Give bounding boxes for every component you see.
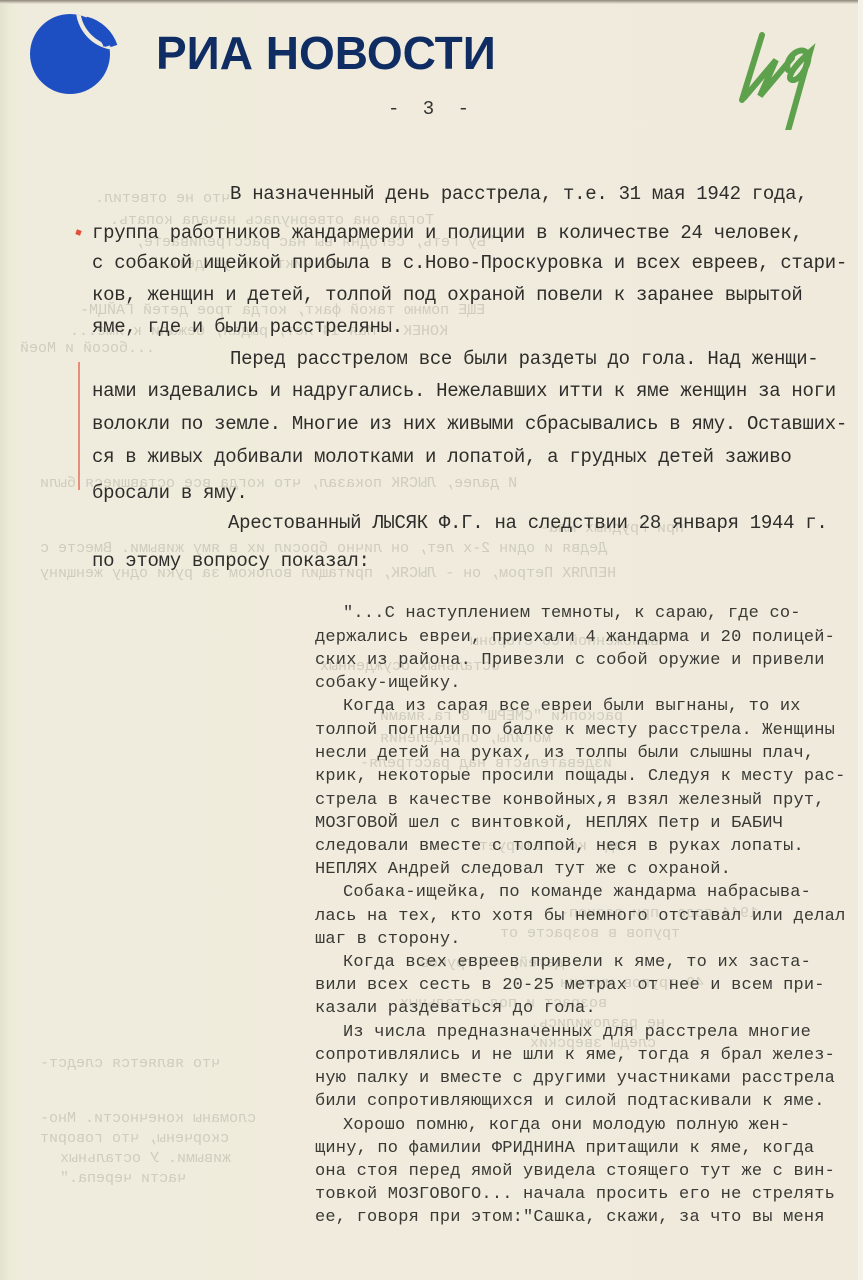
text-line: с собакой ищейкой прибыла в с.Ново-Проск… — [92, 252, 847, 274]
text-line: группа работников жандармерии и полиции … — [92, 222, 803, 244]
text-line: В назначенный день расстрела, т.е. 31 ма… — [230, 183, 807, 205]
quote-line: казали раздеваться до гола. — [315, 999, 596, 1018]
quote-line: Хорошо помню, когда они молодую полную ж… — [343, 1116, 790, 1135]
logo-wordmark: РИА НОВОСТИ — [156, 26, 496, 80]
text-line: яме, где и были расстреляны. — [92, 316, 403, 338]
quote-line: щину, по фамилии ФРИДНИНА притащили к ям… — [315, 1139, 814, 1158]
quote-line: собаку-ищейку. — [315, 674, 461, 693]
quote-line: следовали вместе с толпой, неся в руках … — [315, 837, 804, 856]
text-line: Перед расстрелом все были раздеты до гол… — [230, 348, 818, 370]
bleed-through-line: части черепа." — [60, 1170, 186, 1187]
quote-line: Собака-ищейка, по команде жандарма набра… — [343, 883, 811, 902]
quote-line: держались евреи, приехали 4 жандарма и 2… — [315, 628, 835, 647]
bleed-through-line: что не ответил. — [95, 190, 230, 207]
quote-line: вили всех сесть в 20-25 метрах от нее и … — [315, 976, 825, 995]
ria-novosti-logo: РИА НОВОСТИ — [26, 6, 122, 94]
bleed-through-line: сломаны конечности. Мно- — [40, 1110, 256, 1127]
text-line: Арестованный ЛЫСЯК Ф.Г. на следствии 28 … — [228, 512, 828, 534]
quote-line: Когда из сарая все евреи были выгнаны, т… — [343, 697, 801, 716]
quote-line: "...С наступлением темноты, к сараю, где… — [343, 604, 801, 623]
quote-line: Из числа предназначенных для расстрела м… — [343, 1023, 811, 1042]
quote-line: стрела в качестве конвойных,я взял желез… — [315, 791, 825, 810]
bleed-through-line: трупов в возрасте от — [500, 925, 680, 942]
red-margin-line — [78, 362, 80, 490]
quote-line: Когда всех евреев привели к яме, то их з… — [343, 953, 811, 972]
text-line: бросали в яму. — [92, 482, 247, 504]
text-line: ся в живых добивали молотками и лопатой,… — [92, 446, 791, 468]
quote-line: ее, говоря при этом:"Сашка, скажи, за чт… — [315, 1208, 825, 1227]
page-number: - 3 - — [388, 98, 475, 120]
quote-line: МОЗГОВОЙ шел с винтовкой, НЕПЛЯХ Петр и … — [315, 814, 783, 833]
text-line: по этому вопросу показал: — [92, 550, 370, 572]
quote-line: толпой погнали по балке к месту расстрел… — [315, 721, 835, 740]
handwritten-pencil-mark — [736, 30, 836, 130]
quote-line: товкой МОЗГОВОГО... начала просить его н… — [315, 1185, 835, 1204]
quote-line: ских из района. Привезли с собой оружие … — [315, 651, 825, 670]
bleed-through-line: ...босой и Моей — [20, 340, 155, 357]
quote-line: она стоя перед ямой увидела стоящего тут… — [315, 1162, 835, 1181]
quote-line: сопротивлялись и не шли к яме, тогда я б… — [315, 1046, 835, 1065]
quote-line: били сопротивляющихся и силой подтаскива… — [315, 1092, 825, 1111]
ria-globe-icon — [26, 6, 122, 94]
bleed-through-line: живыми. У остальных — [60, 1150, 231, 1167]
quote-line: шаг в сторону. — [315, 930, 461, 949]
quote-line: крик, некоторые просили пощады. Следуя к… — [315, 767, 846, 786]
bleed-through-line: скорчены, что говорит — [40, 1130, 229, 1147]
quote-line: ную палку и вместе с другими участниками… — [315, 1069, 835, 1088]
text-line: ков, женщин и детей, толпой под охраной … — [92, 284, 803, 306]
quote-line: несли детей на руках, из толпы были слыш… — [315, 744, 814, 763]
quote-line: лась на тех, кто хотя бы немного отстава… — [315, 907, 846, 926]
scan-right-edge — [858, 0, 863, 1280]
quote-line: НЕПЛЯХ Андрей следовал тут же с охраной. — [315, 860, 731, 879]
scan-top-edge — [0, 0, 863, 4]
text-line: волокли по земле. Многие из них живыми с… — [92, 413, 847, 435]
bleed-through-line: что является следст- — [40, 1055, 220, 1072]
text-line: нами издевались и надругались. Нежелавши… — [92, 380, 836, 402]
